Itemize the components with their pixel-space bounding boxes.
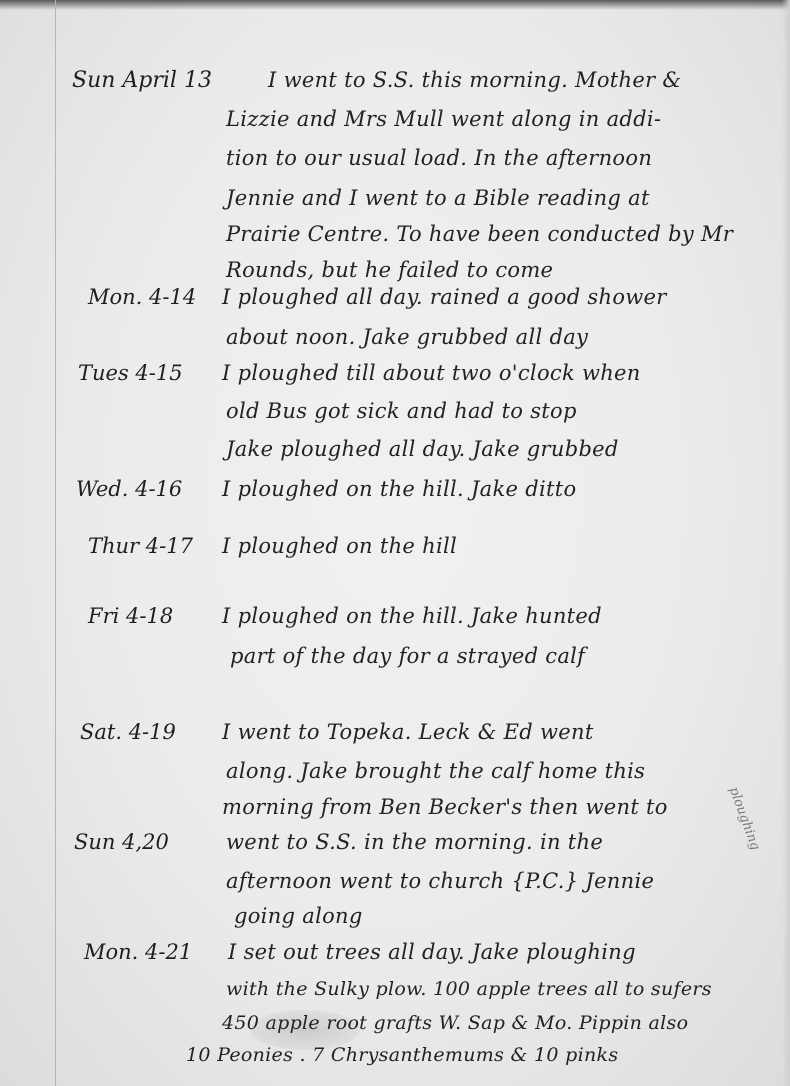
entry-line: I set out trees all day. Jake ploughing <box>228 940 636 964</box>
entry-line: Prairie Centre. To have been conducted b… <box>226 222 733 246</box>
entry-line: about noon. Jake grubbed all day <box>226 325 588 349</box>
entry-date: Sun 4,20 <box>74 830 169 854</box>
entry-line: I ploughed on the hill. Jake hunted <box>222 604 602 628</box>
entry-line: Jennie and I went to a Bible reading at <box>226 186 650 210</box>
entry-date: Mon. 4-21 <box>84 940 192 964</box>
entry-line: with the Sulky plow. 100 apple trees all… <box>226 978 712 1000</box>
entry-line: Jake ploughed all day. Jake grubbed <box>226 437 619 461</box>
entry-date: Thur 4-17 <box>88 534 193 558</box>
entry-line: I went to Topeka. Leck & Ed went <box>222 720 594 744</box>
entry-line: I ploughed on the hill. Jake ditto <box>222 477 576 501</box>
entry-line: 10 Peonies . 7 Chrysanthemums & 10 pinks <box>186 1044 618 1066</box>
entry-date: Sat. 4-19 <box>80 720 176 744</box>
scan-right-edge <box>782 0 790 1086</box>
entry-line: I went to S.S. this morning. Mother & <box>268 68 681 92</box>
entry-line: old Bus got sick and had to stop <box>226 399 577 423</box>
entry-date: Mon. 4-14 <box>88 285 196 309</box>
entry-date: Fri 4-18 <box>88 604 173 628</box>
entry-date: Tues 4-15 <box>78 361 183 385</box>
entry-line: went to S.S. in the morning. in the <box>226 830 603 854</box>
entry-line: Lizzie and Mrs Mull went along in addi- <box>226 107 661 131</box>
entry-line: morning from Ben Becker's then went to <box>222 795 668 819</box>
entry-line: Rounds, but he failed to come <box>226 258 553 282</box>
entry-line: I ploughed on the hill <box>222 534 457 558</box>
entry-line: along. Jake brought the calf home this <box>226 759 645 783</box>
margin-rule <box>55 0 56 1086</box>
entry-line: I ploughed till about two o'clock when <box>222 361 641 385</box>
entry-line: going along <box>234 904 363 928</box>
entry-line: afternoon went to church {P.C.} Jennie <box>226 869 654 893</box>
diary-page: Sun April 13 I went to S.S. this morning… <box>0 0 790 1086</box>
entry-line: part of the day for a strayed calf <box>230 644 585 668</box>
entry-line: tion to our usual load. In the afternoon <box>226 146 652 170</box>
scan-top-edge <box>0 0 790 10</box>
entry-line: I ploughed all day. rained a good shower <box>222 285 667 309</box>
margin-note: ploughing <box>726 785 763 852</box>
entry-date: Wed. 4-16 <box>76 477 182 501</box>
entry-line: 450 apple root grafts W. Sap & Mo. Pippi… <box>222 1012 688 1034</box>
entry-date: Sun April 13 <box>72 68 212 93</box>
